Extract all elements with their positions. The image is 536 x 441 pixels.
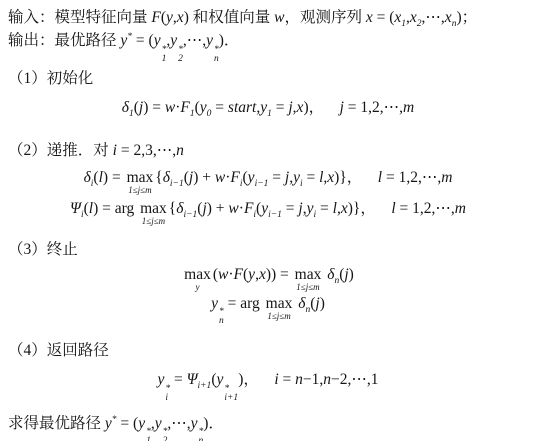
math-variable: y (200, 99, 207, 116)
math-subscript: i+1 (198, 381, 212, 391)
math-variable: y (248, 266, 255, 283)
math-variable: x (327, 169, 334, 186)
math-subscript: 1 (267, 109, 272, 119)
math-limit: 1≤j≤m (142, 216, 165, 226)
math-variable: x (259, 266, 266, 283)
step2-formula-delta: δi(l) = max1≤j≤m{δi−1(j) + w·Fi(yi−1 = j… (8, 169, 528, 195)
step1-formula: δ1(j) = w·F1(y0 = start,y1 = j,x)， j = 1… (8, 99, 528, 123)
math-variable: j (298, 200, 302, 217)
math-variable: F (151, 9, 160, 26)
math-subscript: n (334, 276, 339, 286)
math-variable: y (191, 415, 198, 432)
math-stacked-script: *1 (146, 428, 151, 441)
math-subscript: n (198, 437, 203, 441)
math-variable: x (366, 9, 373, 26)
math-stacked-script: *i+1 (224, 385, 238, 403)
math-variable: F (230, 169, 239, 186)
math-variable: y (157, 371, 164, 388)
math-stacked-script: *n (198, 428, 203, 441)
math-operator-with-limit: max1≤j≤m (140, 201, 167, 226)
math-variable: x (297, 99, 304, 116)
step4-formula: y*i = Ψi+1(y*i+1)， i = n−1,n−2,⋯,1 (8, 371, 528, 403)
math-variable: y (216, 371, 223, 388)
math-variable: i (113, 142, 117, 159)
math-variable: j (189, 169, 193, 186)
math-subscript: i−1 (183, 210, 197, 220)
math-limit: 1≤j≤m (296, 282, 319, 292)
math-operator: max (266, 296, 293, 311)
math-variable: x (445, 9, 452, 26)
math-variable: y (248, 169, 255, 186)
math-limit: 1≤j≤m (267, 311, 290, 321)
math-variable: Ψ (187, 371, 198, 388)
math-variable: w (165, 99, 175, 116)
math-limit: y (196, 282, 200, 292)
math-stacked-script: *2 (163, 428, 168, 441)
math-variable: l (89, 200, 93, 217)
math-variable: m (403, 99, 414, 116)
math-subscript: n (219, 317, 224, 326)
math-variable: j (288, 99, 292, 116)
math-subscript: 2 (163, 437, 168, 441)
math-variable: x (177, 9, 184, 26)
math-variable: j (202, 200, 206, 217)
math-variable: y (307, 200, 314, 217)
math-variable: w (215, 169, 225, 186)
math-subscript: i (240, 179, 243, 189)
math-subscript: i−1 (268, 210, 282, 220)
scanned-algorithm-page: 输入：模型特征向量 F(y,x) 和权值向量 w，观测序列 x = (x1,x2… (0, 0, 536, 441)
algorithm-lines: 输入：模型特征向量 F(y,x) 和权值向量 w，观测序列 x = (x1,x2… (8, 6, 528, 441)
math-subscript: i−1 (170, 179, 184, 189)
math-operator-with-limit: max1≤j≤m (295, 267, 322, 292)
input-line: 输入：模型特征向量 F(y,x) 和权值向量 w，观测序列 x = (x1,x2… (8, 6, 528, 29)
math-variable: x (341, 200, 348, 217)
math-subscript: 1 (146, 437, 151, 441)
math-variable: j (340, 99, 344, 116)
math-variable: y (166, 9, 173, 26)
math-subscript: i (253, 210, 256, 220)
math-variable: w (274, 9, 284, 26)
step2-formula-psi: Ψi(l) = arg max1≤j≤m{δi−1(j) + w·Fi(yi−1… (8, 200, 528, 226)
math-variable: y (206, 32, 213, 49)
math-subscript: 2 (417, 19, 422, 29)
math-variable: m (455, 200, 466, 217)
math-subscript: 1 (401, 19, 406, 29)
step4-heading: （4）返回路径 (8, 339, 528, 362)
math-subscript: 2 (178, 55, 183, 64)
math-subscript: i (91, 179, 94, 189)
math-variable: i (274, 371, 278, 388)
math-variable: y (154, 32, 161, 49)
math-superscript: * (112, 414, 117, 424)
math-stacked-script: *1 (162, 46, 167, 64)
math-variable: n (323, 371, 331, 388)
math-variable: δ (163, 169, 170, 186)
math-variable: l (99, 169, 103, 186)
math-variable: F (244, 200, 253, 217)
math-variable: l (319, 169, 323, 186)
step3-formula-argmax: y*n = arg max1≤j≤m δn(j) (8, 295, 528, 327)
math-variable: start (228, 99, 256, 116)
math-limit: 1≤j≤m (128, 185, 151, 195)
math-subscript: i (81, 210, 84, 220)
math-variable: m (441, 169, 452, 186)
math-subscript: i+1 (224, 394, 238, 403)
math-variable: y (105, 415, 112, 432)
math-subscript: n (305, 305, 310, 315)
math-variable: n (295, 371, 303, 388)
math-variable: l (378, 169, 382, 186)
math-variable: F (180, 99, 189, 116)
math-subscript: i (300, 179, 303, 189)
math-subscript: n (214, 55, 219, 64)
math-variable: δ (84, 169, 91, 186)
math-subscript: i−1 (255, 179, 269, 189)
math-superscript: * (127, 32, 132, 42)
math-subscript: 1 (162, 55, 167, 64)
math-variable: l (391, 200, 395, 217)
closing-line: 求得最优路径 y* = (y*1,y*2,⋯,y*n)． (8, 412, 528, 441)
math-subscript: 1 (190, 109, 195, 119)
math-variable: w (228, 200, 238, 217)
step2-heading: （2）递推．对 i = 2,3,⋯,n (8, 139, 528, 162)
math-variable: δ (122, 99, 129, 116)
math-variable: F (234, 266, 243, 283)
math-operator: max (140, 201, 167, 216)
math-variable: j (344, 266, 348, 283)
math-operator-with-limit: max1≤j≤m (266, 296, 293, 321)
math-stacked-script: *n (214, 46, 219, 64)
math-variable: n (176, 142, 184, 159)
math-stacked-script: *2 (178, 46, 183, 64)
math-operator: max (127, 170, 154, 185)
math-variable: y (138, 415, 145, 432)
math-stacked-script: *n (219, 308, 224, 326)
step3-formula-max: maxy(w·F(y,x)) = max1≤j≤m δn(j) (8, 266, 528, 292)
step1-heading: （1）初始化 (8, 67, 528, 90)
math-subscript: i (314, 210, 317, 220)
math-variable: j (139, 99, 143, 116)
step3-heading: （3）终止 (8, 238, 528, 261)
math-variable: w (218, 266, 228, 283)
math-variable: y (170, 32, 177, 49)
math-operator-with-limit: maxy (184, 267, 211, 292)
math-operator: max (295, 267, 322, 282)
math-subscript: 1 (129, 109, 134, 119)
math-subscript: n (452, 19, 457, 29)
math-subscript: 0 (207, 109, 212, 119)
math-variable: x (410, 9, 417, 26)
math-operator-with-limit: max1≤j≤m (127, 170, 154, 195)
math-variable: y (211, 295, 218, 312)
math-variable: y (293, 169, 300, 186)
math-variable: y (155, 415, 162, 432)
math-variable: j (285, 169, 289, 186)
output-line: 输出：最优路径 y* = (y*1,y*2,⋯,y*n)． (8, 29, 528, 64)
math-stacked-script: *i (165, 385, 170, 403)
math-variable: Ψ (70, 200, 81, 217)
math-variable: j (315, 295, 319, 312)
math-operator: max (184, 267, 211, 282)
math-variable: l (333, 200, 337, 217)
math-subscript: i (165, 394, 168, 403)
